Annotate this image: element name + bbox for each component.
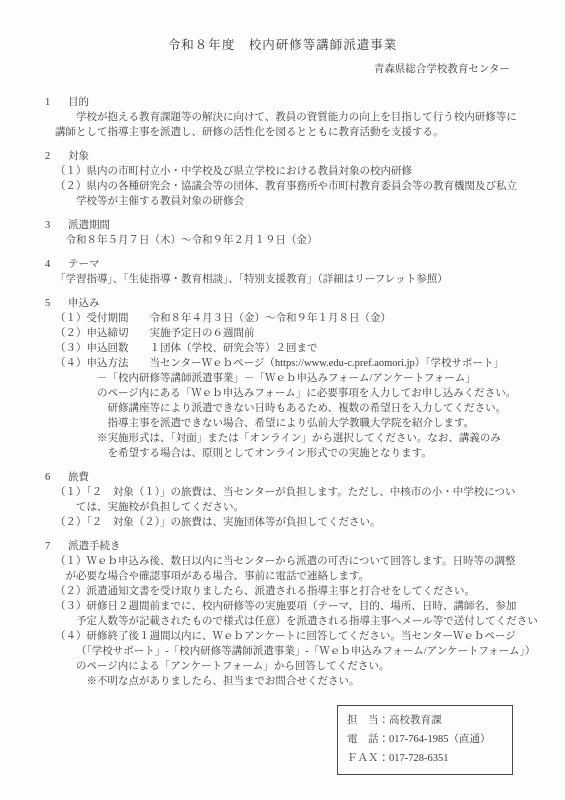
section-4: 4テーマ「学習指導」、「生徒指導・教育相談」、「特別支援教育」（詳細はリーフレッ… [45, 257, 537, 287]
body-line: （１）受付期間 令和８年４月３日（金）～令和９年１月８日（金） [45, 311, 537, 326]
section-number: 5 [45, 296, 68, 311]
section-number: 4 [45, 257, 68, 272]
section-number: 6 [45, 470, 68, 485]
body-line: （２）派遣通知文書を受け取りましたら、派遣される指導主事と打合せをしてください。 [45, 584, 537, 599]
body-line: 学校が抱える教育課題等の解決に向けて、教員の資質能力の向上を目指して行う校内研修… [45, 110, 537, 125]
body-line: 令和８年５月７日（木）～令和９年２月１９日（金） [45, 233, 537, 248]
section-heading-row: 4テーマ [45, 257, 537, 272]
section-2: 2対象（１）県内の市町村立小・中学校及び県立学校における教員対象の校内研修（２）… [45, 149, 537, 209]
body-line: （４）申込方法 当センターＷｅｂページ（https://www.edu-c.pr… [45, 356, 537, 371]
document-page: 令和８年度 校内研修等講師派遣事業 青森県総合学校教育センター 1目的学校が抱え… [0, 0, 565, 800]
section-heading: 目的 [68, 97, 89, 108]
contact-role: 担 当：高校教育課 [347, 711, 503, 730]
body-line: （１）県内の市町村立小・中学校及び県立学校における教員対象の校内研修 [45, 164, 537, 179]
section-number: 2 [45, 149, 68, 164]
body-line: （２）県内の各種研究会・協議会等の団体、教育事務所や市町村教育委員会等の教育機関… [45, 179, 537, 194]
section-heading-row: 5申込み [45, 296, 537, 311]
body-line: （３）申込回数 １団体（学校、研究会等）２回まで [45, 341, 537, 356]
body-line: ※不明な点がありましたら、担当までお問合せください。 [45, 674, 537, 689]
body-line: 「学習指導」、「生徒指導・教育相談」、「特別支援教育」（詳細はリーフレット参照） [45, 272, 537, 287]
body-line: ては、実施校が負担してください。 [45, 500, 537, 515]
section-3: 3派遣期間令和８年５月７日（木）～令和９年２月１９日（金） [45, 218, 537, 248]
contact-box: 担 当：高校教育課 電 話：017-764-1985（直通） ＦＡＸ：017-7… [337, 705, 513, 775]
body-line: （１）Ｗｅｂ申込み後、数日以内に当センターから派遣の可否について回答します。日時… [45, 554, 537, 569]
section-number: 7 [45, 539, 68, 554]
section-6: 6旅費（１）「２ 対象（１）」の旅費は、当センターが負担します。ただし、中核市の… [45, 470, 537, 530]
body-line: ※実施形式は、「対面」または「オンライン」から選択してください。なお、講義のみ [45, 431, 537, 446]
body-line: （２）「２ 対象（２）」の旅費は、実施団体等が負担してください。 [45, 515, 537, 530]
section-heading: 旅費 [68, 472, 89, 483]
section-7: 7派遣手続き（１）Ｗｅｂ申込み後、数日以内に当センターから派遣の可否について回答… [45, 539, 537, 689]
contact-phone: 電 話：017-764-1985（直通） [347, 730, 503, 749]
section-heading-row: 3派遣期間 [45, 218, 537, 233]
section-heading: 申込み [68, 298, 100, 309]
body-line: のページ内にある「Ｗｅｂ申込みフォーム」に必要事項を入力してお申し込みください。 [45, 386, 537, 401]
section-heading: テーマ [68, 259, 100, 270]
section-number: 3 [45, 218, 68, 233]
body-line: 学校等が主催する教員対象の研修会 [45, 194, 537, 209]
body-line: （４）研修終了後１週間以内に、Ｗｅｂアンケートに回答してください。当センターＷｅ… [45, 629, 537, 644]
contact-fax: ＦＡＸ：017-728-6351 [347, 749, 503, 768]
body-line: 予定人数等が記載されたもので様式は任意）を派遣される指導主事へメール等で送付して… [45, 614, 537, 629]
section-heading-row: 7派遣手続き [45, 539, 537, 554]
body-line: が必要な場合や確認事項がある場合、事前に電話で連絡します。 [45, 569, 537, 584]
section-heading: 対象 [68, 151, 89, 162]
body-line: 指導主事を派遣できない場合、希望により弘前大学教職大学院を紹介します。 [45, 416, 537, 431]
organization-name: 青森県総合学校教育センター [0, 62, 565, 77]
section-heading-row: 2対象 [45, 149, 537, 164]
body-line: （１）「２ 対象（１）」の旅費は、当センターが負担します。ただし、中核市の小・中… [45, 485, 537, 500]
section-1: 1目的学校が抱える教育課題等の解決に向けて、教員の資質能力の向上を目指して行う校… [45, 95, 537, 140]
body-line: －「校内研修等講師派遣事業」－「Ｗｅｂ申込みフォーム/アンケートフォーム」 [45, 371, 537, 386]
section-heading-row: 1目的 [45, 95, 537, 110]
section-heading: 派遣手続き [68, 541, 121, 552]
section-heading: 派遣期間 [68, 220, 110, 231]
page-title: 令和８年度 校内研修等講師派遣事業 [0, 38, 565, 53]
body-line: 講師として指導主事を派遣し、研修の活性化を図るとともに教育活動を支援する。 [45, 125, 537, 140]
body-line: （２）申込締切 実施予定日の６週間前 [45, 326, 537, 341]
document-body: 1目的学校が抱える教育課題等の解決に向けて、教員の資質能力の向上を目指して行う校… [0, 95, 565, 689]
body-line: （「学校サポート」-「校内研修等講師派遣事業」-「Ｗｅｂ申込みフォーム/アンケー… [45, 644, 537, 659]
body-line: 研修講座等により派遣できない日時もあるため、複数の希望日を入力してください。 [45, 401, 537, 416]
body-line: （３）研修日２週間前までに、校内研修等の実施要項（テーマ、目的、場所、日時、講師… [45, 599, 537, 614]
body-line: のページ内による「アンケートフォーム」から回答してください。 [45, 659, 537, 674]
section-number: 1 [45, 95, 68, 110]
section-5: 5申込み（１）受付期間 令和８年４月３日（金）～令和９年１月８日（金）（２）申込… [45, 296, 537, 461]
section-heading-row: 6旅費 [45, 470, 537, 485]
body-line: を希望する場合は、原則としてオンライン形式での実施となります。 [45, 446, 537, 461]
